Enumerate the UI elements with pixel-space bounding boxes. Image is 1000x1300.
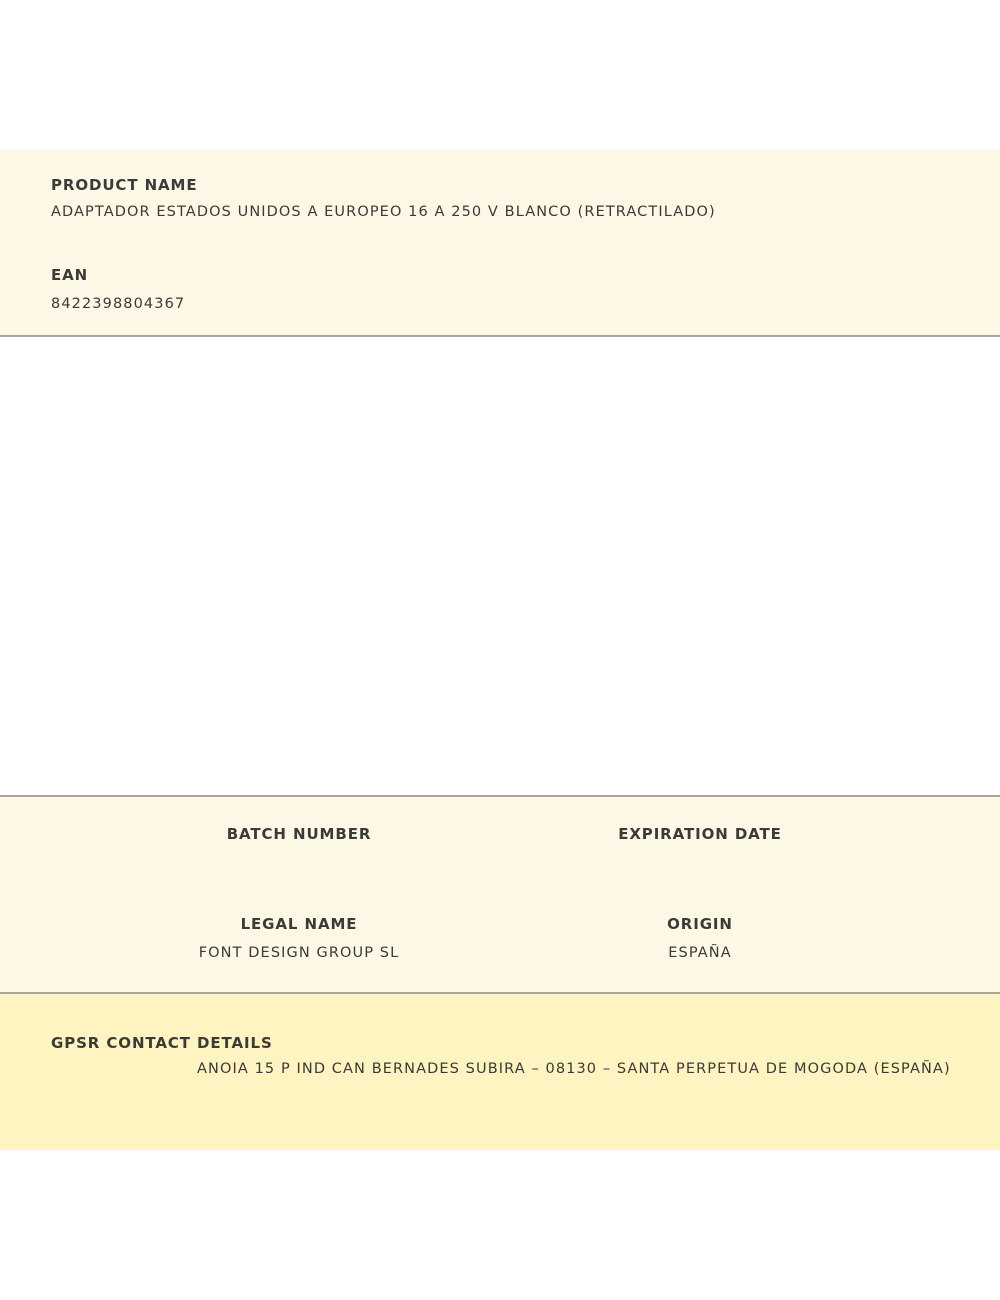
- batch-number-label: BATCH NUMBER: [227, 825, 372, 843]
- gpsr-contact-value: ANOIA 15 P IND CAN BERNADES SUBIRA – 081…: [197, 1061, 951, 1077]
- expiration-date-label: EXPIRATION DATE: [618, 825, 782, 843]
- legal-name-value: FONT DESIGN GROUP SL: [199, 945, 400, 961]
- gpsr-contact-label: GPSR CONTACT DETAILS: [51, 1034, 273, 1052]
- origin-value: ESPAÑA: [668, 945, 731, 961]
- product-section: PRODUCT NAME ADAPTADOR ESTADOS UNIDOS A …: [0, 150, 1000, 337]
- gpsr-section: GPSR CONTACT DETAILS ANOIA 15 P IND CAN …: [0, 994, 1000, 1150]
- product-name-value: ADAPTADOR ESTADOS UNIDOS A EUROPEO 16 A …: [51, 204, 716, 220]
- ean-value: 8422398804367: [51, 296, 185, 312]
- product-name-label: PRODUCT NAME: [51, 176, 198, 194]
- ean-label: EAN: [51, 266, 88, 284]
- origin-label: ORIGIN: [667, 915, 733, 933]
- legal-name-label: LEGAL NAME: [241, 915, 358, 933]
- details-section: BATCH NUMBER EXPIRATION DATE LEGAL NAME …: [0, 795, 1000, 994]
